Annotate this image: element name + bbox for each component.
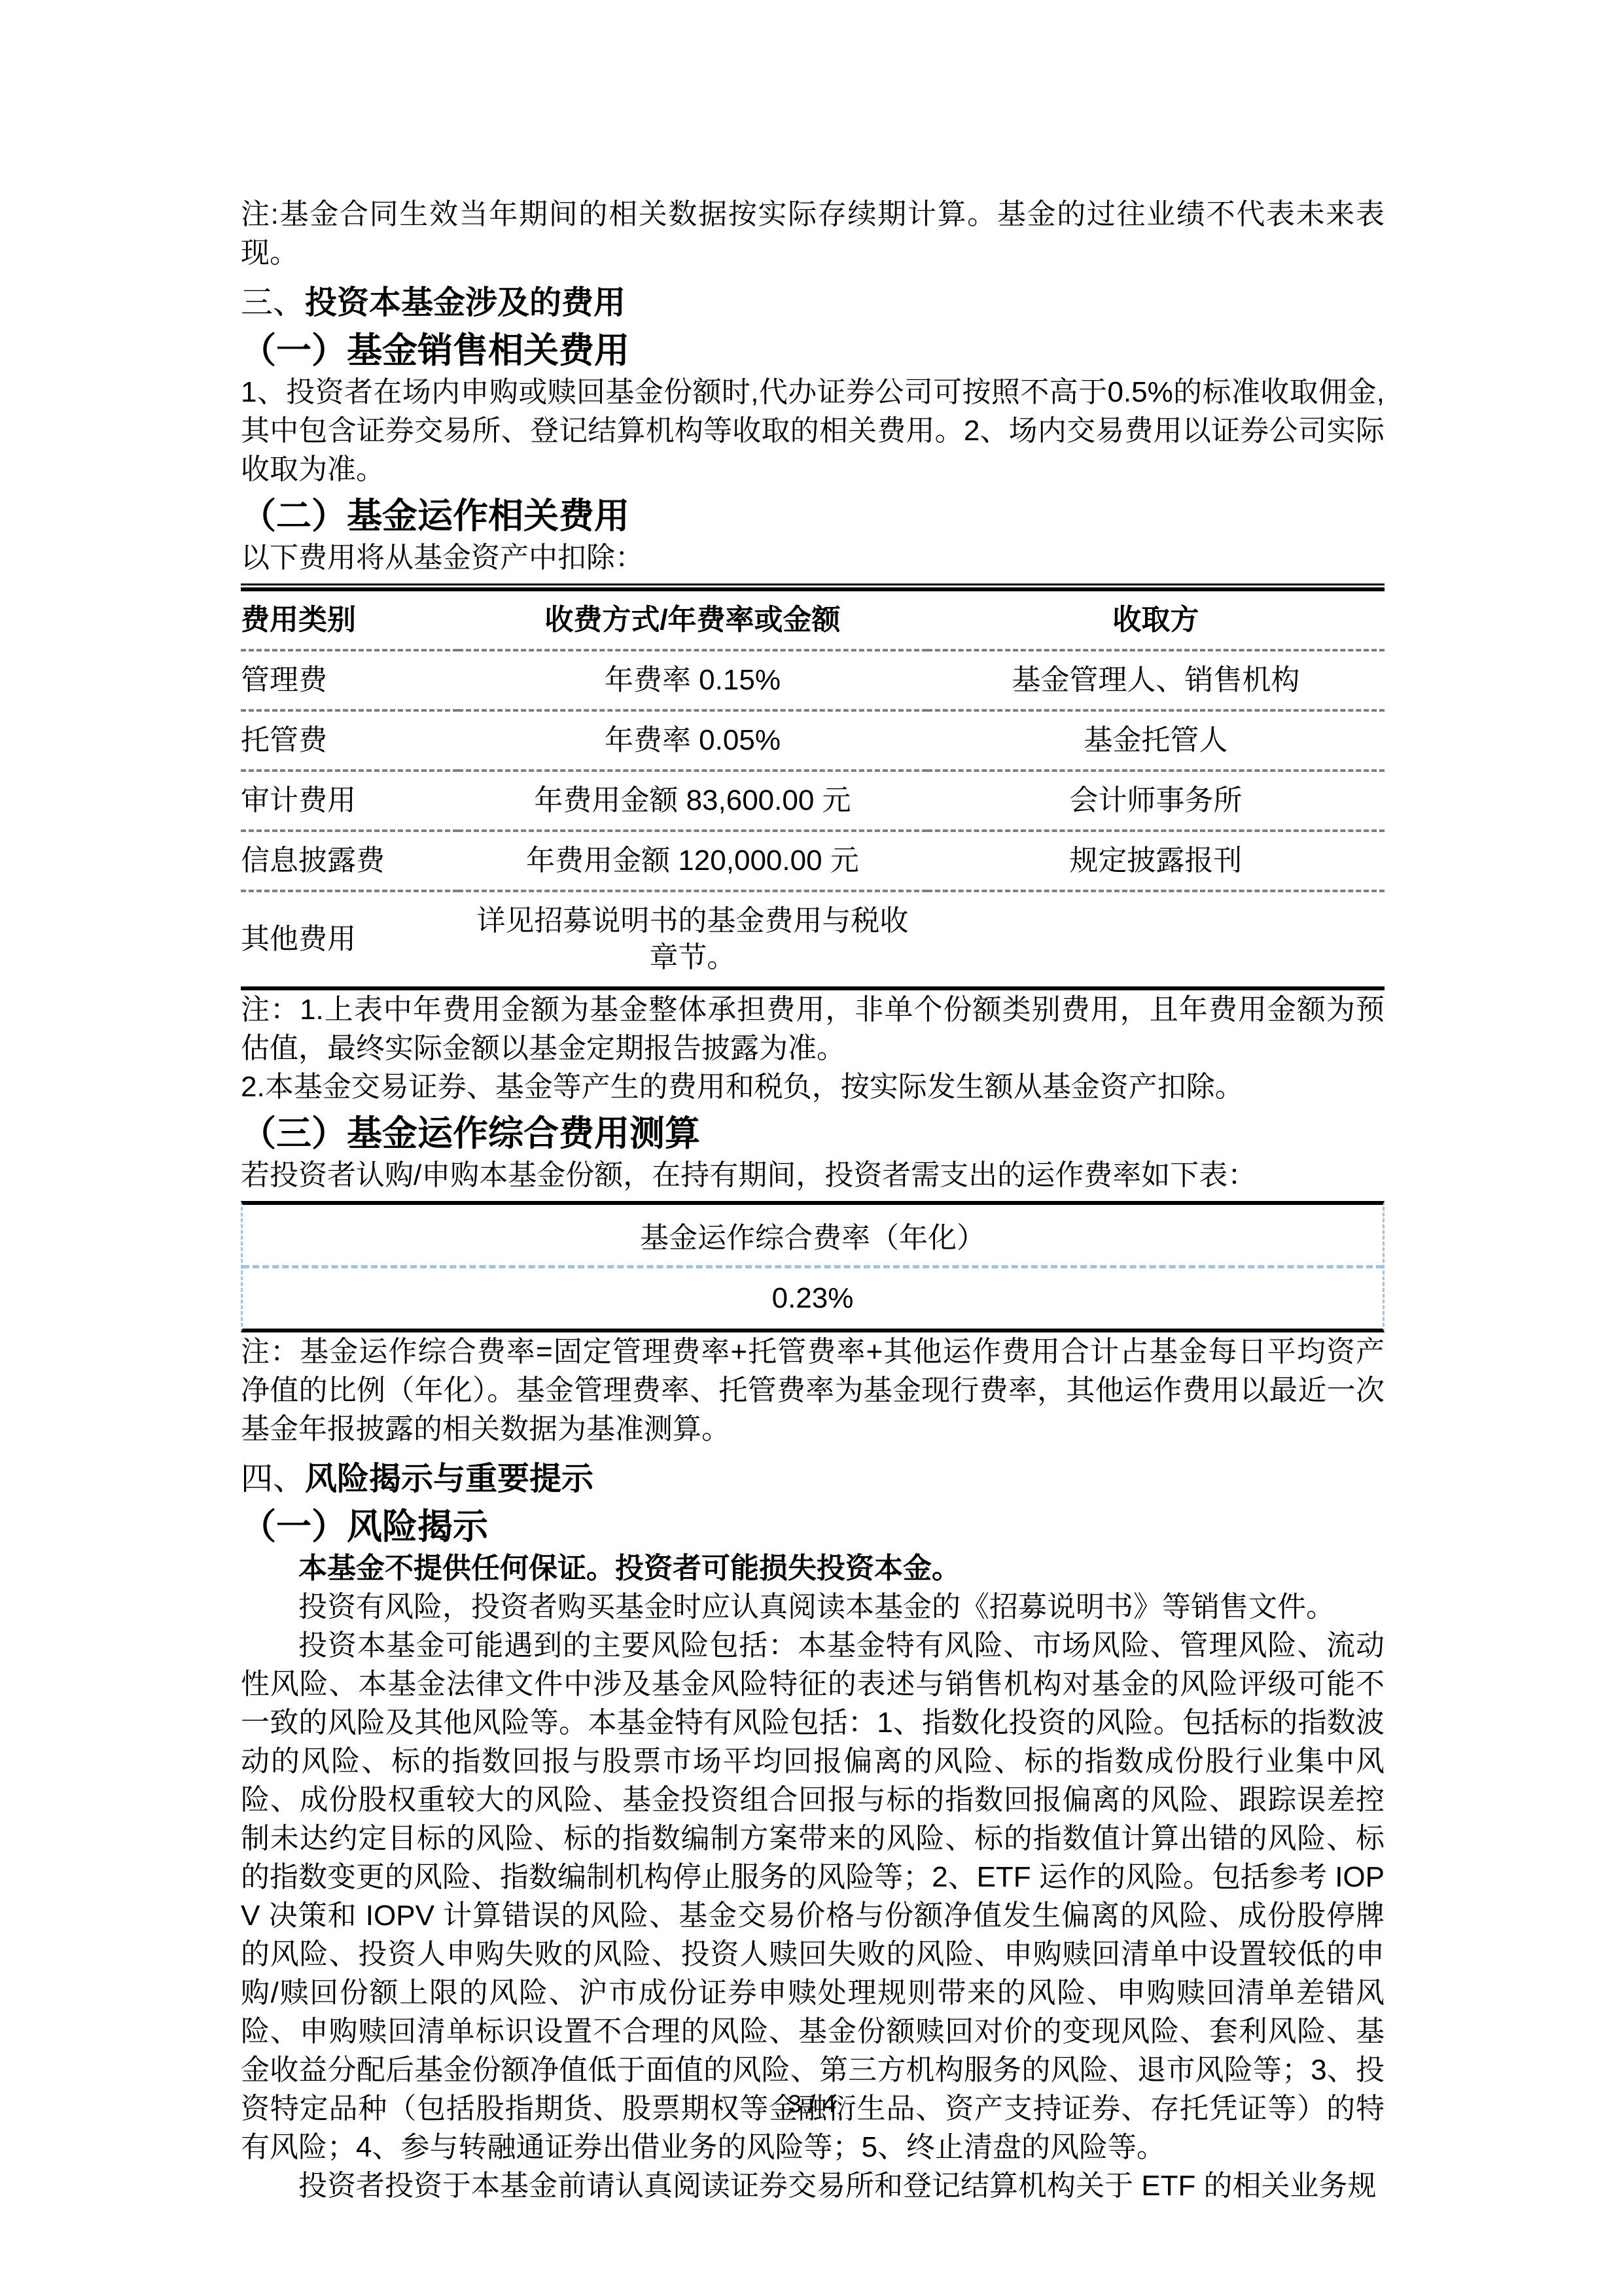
fee-cell-method: 年费用金额 83,600.00 元 [458, 771, 927, 831]
table-row: 托管费 年费率 0.05% 基金托管人 [241, 710, 1385, 771]
fee-cell-method: 年费用金额 120,000.00 元 [458, 831, 927, 891]
section4-heading: 四、风险揭示与重要提示 [241, 1459, 1385, 1499]
document-content: 注:基金合同生效当年期间的相关数据按实际存续期计算。基金的过往业绩不代表未来表现… [241, 195, 1385, 2205]
section4-sub1-heading: （一）风险揭示 [241, 1505, 1385, 1549]
fee-table: 费用类别 收费方式/年费率或金额 收取方 管理费 年费率 0.15% 基金管理人… [241, 587, 1385, 990]
risk-paragraph-1: 投资有风险，投资者购买基金时应认真阅读本基金的《招募说明书》等销售文件。 [241, 1588, 1385, 1626]
fee-cell-category: 信息披露费 [241, 831, 458, 891]
risk-warning-line: 本基金不提供任何保证。投资者可能损失投资本金。 [241, 1549, 1385, 1588]
rate-table-header: 基金运作综合费率（年化） [243, 1205, 1383, 1265]
section4-title: 风险揭示与重要提示 [305, 1461, 593, 1497]
sales-fee-paragraph: 1、投资者在场内申购或赎回基金份额时,代办证券公司可按照不高于0.5%的标准收取… [241, 373, 1385, 489]
document-page: 注:基金合同生效当年期间的相关数据按实际存续期计算。基金的过往业绩不代表未来表现… [0, 0, 1624, 2296]
risk-paragraph-2: 投资本基金可能遇到的主要风险包括：本基金特有风险、市场风险、管理风险、流动性风险… [241, 1626, 1385, 2166]
fee-table-body: 管理费 年费率 0.15% 基金管理人、销售机构 托管费 年费率 0.05% 基… [241, 650, 1385, 988]
fee-cell-category: 其他费用 [241, 891, 458, 988]
fee-cell-category: 审计费用 [241, 771, 458, 831]
table-row: 其他费用 详见招募说明书的基金费用与税收章节。 [241, 891, 1385, 988]
table-row: 管理费 年费率 0.15% 基金管理人、销售机构 [241, 650, 1385, 710]
top-note: 注:基金合同生效当年期间的相关数据按实际存续期计算。基金的过往业绩不代表未来表现… [241, 195, 1385, 272]
fee-table-note-2: 2.本基金交易证券、基金等产生的费用和税负，按实际发生额从基金资产扣除。 [241, 1068, 1385, 1106]
rate-table-note: 注：基金运作综合费率=固定管理费率+托管费率+其他运作费用合计占基金每日平均资产… [241, 1332, 1385, 1448]
fee-table-header-method: 收费方式/年费率或金额 [458, 589, 927, 650]
fee-cell-recipient: 基金管理人、销售机构 [927, 650, 1385, 710]
fee-table-head: 费用类别 收费方式/年费率或金额 收取方 [241, 589, 1385, 650]
fee-cell-category: 管理费 [241, 650, 458, 710]
fee-cell-recipient [927, 891, 1385, 988]
table-row: 审计费用 年费用金额 83,600.00 元 会计师事务所 [241, 771, 1385, 831]
section4-number: 四、 [241, 1461, 305, 1497]
fee-table-header-row: 费用类别 收费方式/年费率或金额 收取方 [241, 589, 1385, 650]
rate-table-intro: 若投资者认购/申购本基金份额，在持有期间，投资者需支出的运作费率如下表： [241, 1156, 1385, 1194]
fee-table-header-category: 费用类别 [241, 589, 458, 650]
section3-sub1-heading: （一）基金销售相关费用 [241, 328, 1385, 373]
section3-heading: 三、投资本基金涉及的费用 [241, 283, 1385, 323]
fee-table-header-recipient: 收取方 [927, 589, 1385, 650]
section3-sub2-heading: （二）基金运作相关费用 [241, 494, 1385, 538]
fee-cell-recipient: 会计师事务所 [927, 771, 1385, 831]
rate-table-value: 0.23% [243, 1265, 1383, 1329]
page-number: 3 / 4 [0, 2091, 1624, 2119]
fee-cell-recipient: 基金托管人 [927, 710, 1385, 771]
fee-table-intro: 以下费用将从基金资产中扣除： [241, 538, 1385, 577]
fee-cell-recipient: 规定披露报刊 [927, 831, 1385, 891]
fee-table-note-1: 注：1.上表中年费用金额为基金整体承担费用，非单个份额类别费用，且年费用金额为预… [241, 990, 1385, 1068]
section3-title: 投资本基金涉及的费用 [305, 285, 626, 321]
risk-paragraph-3: 投资者投资于本基金前请认真阅读证券交易所和登记结算机构关于 ETF 的相关业务规 [241, 2166, 1385, 2205]
fee-cell-category: 托管费 [241, 710, 458, 771]
fee-table-top-rule [241, 583, 1385, 585]
fee-cell-method: 详见招募说明书的基金费用与税收章节。 [458, 891, 927, 988]
section3-number: 三、 [241, 285, 305, 321]
table-row: 信息披露费 年费用金额 120,000.00 元 规定披露报刊 [241, 831, 1385, 891]
fee-cell-method: 年费率 0.05% [458, 710, 927, 771]
fee-cell-method: 年费率 0.15% [458, 650, 927, 710]
section3-sub3-heading: （三）基金运作综合费用测算 [241, 1111, 1385, 1156]
comprehensive-rate-table: 基金运作综合费率（年化） 0.23% [241, 1201, 1385, 1332]
